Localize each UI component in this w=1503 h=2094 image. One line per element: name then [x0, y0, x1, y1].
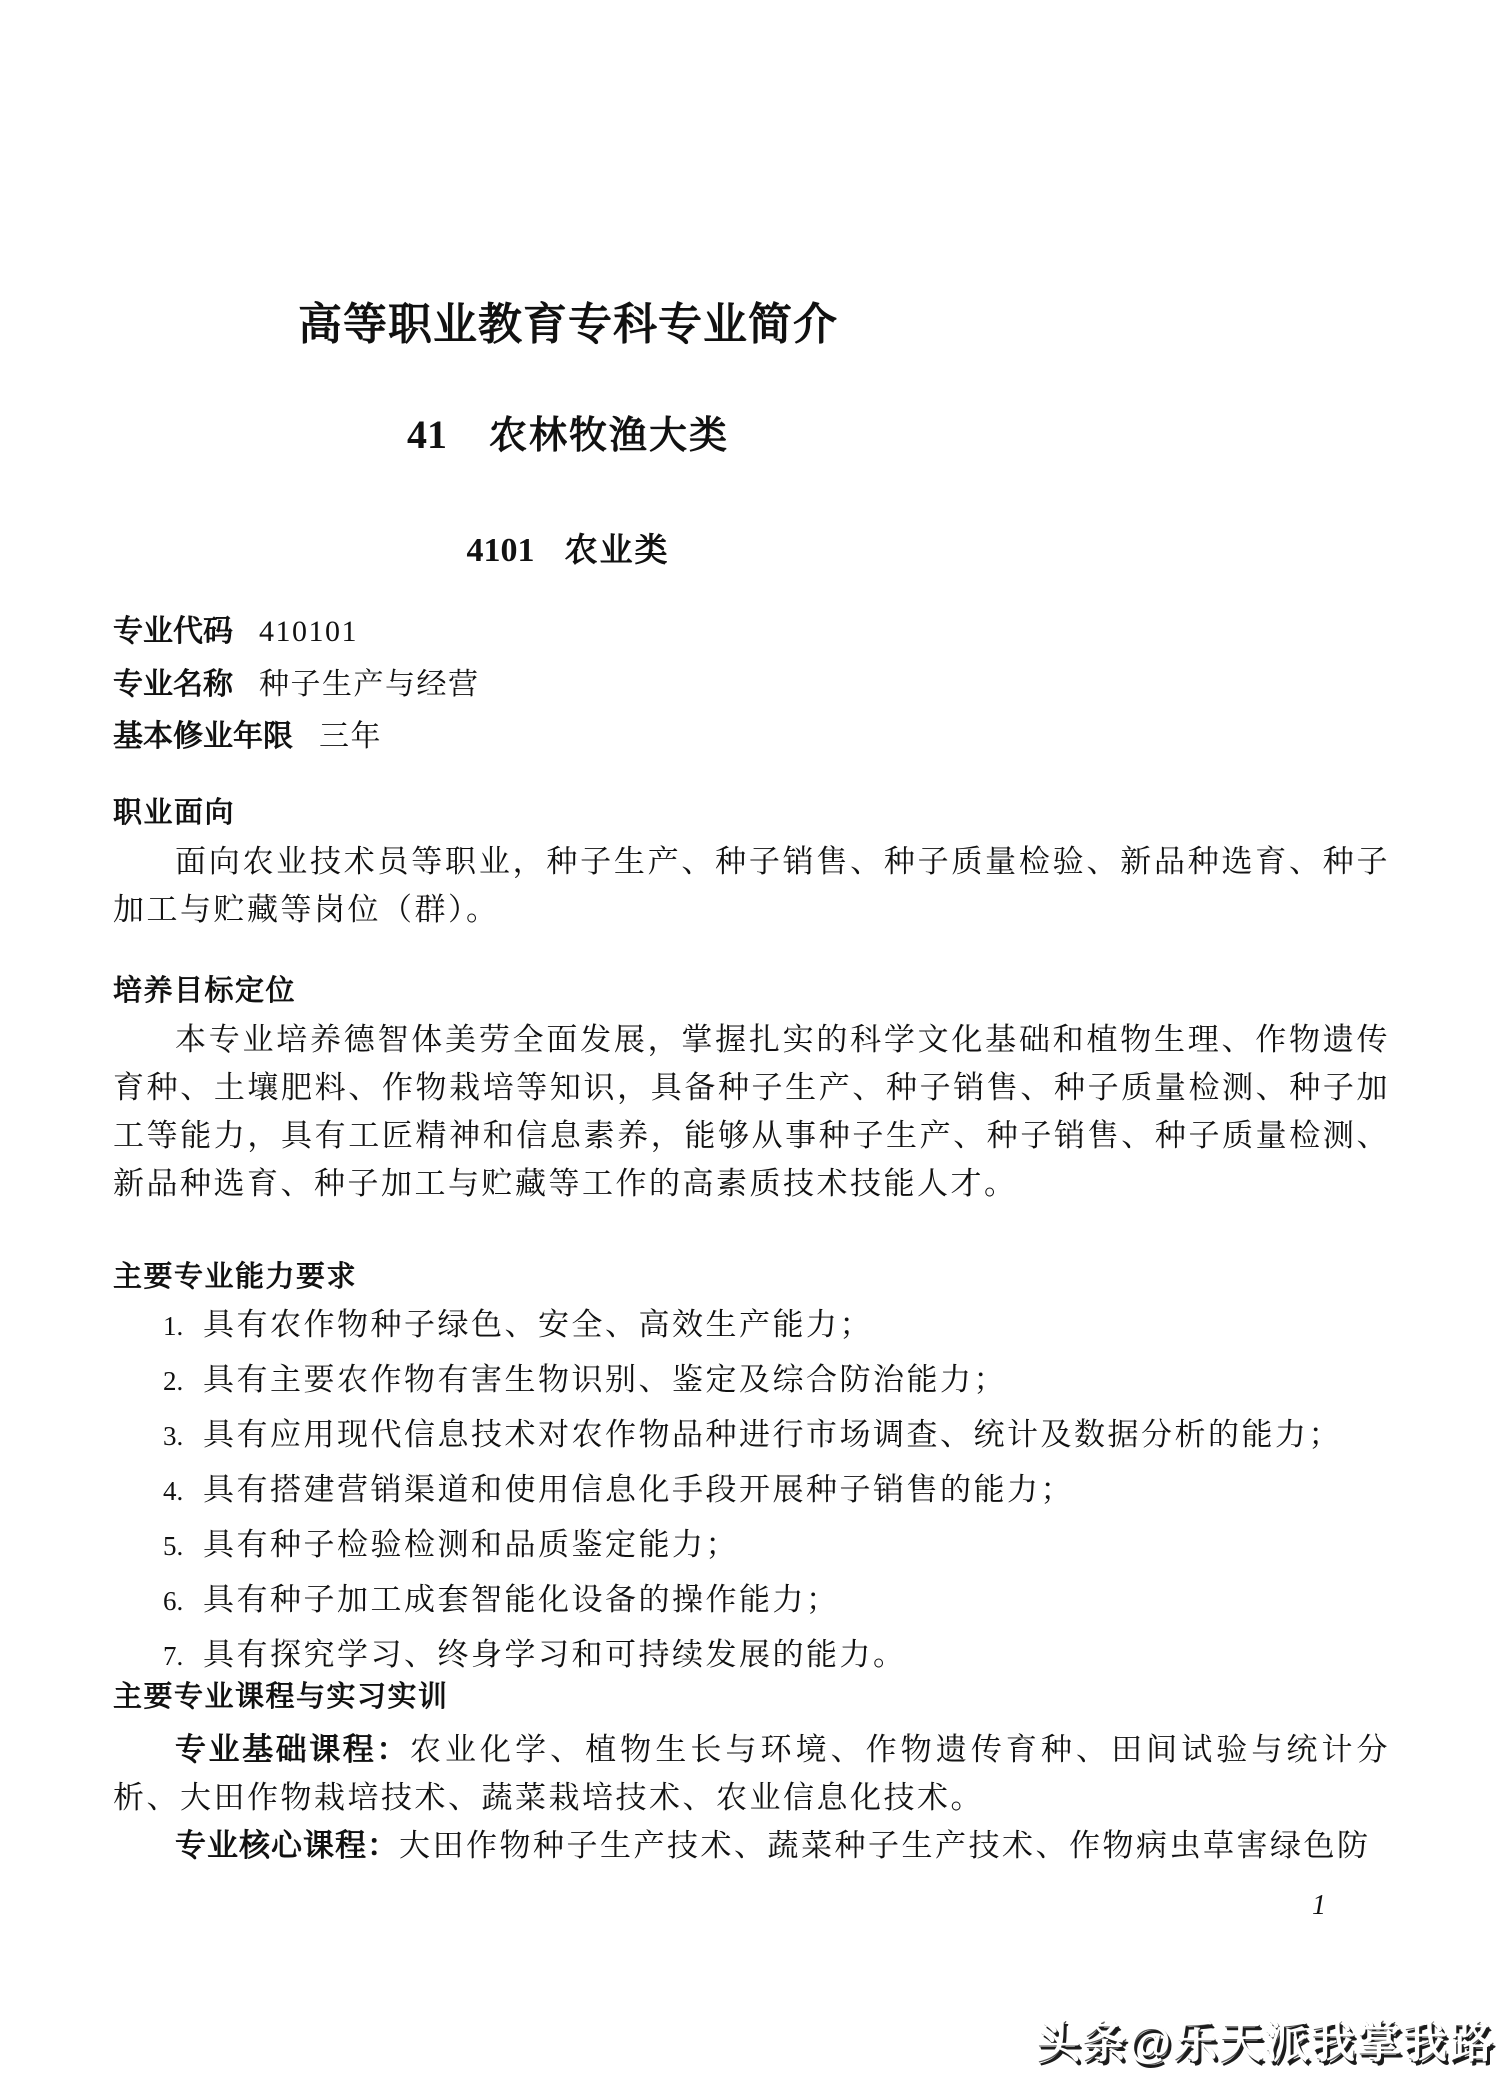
category-name: 农林牧渔大类: [489, 415, 729, 457]
course-core-paragraph: 专业核心课程：大田作物种子生产技术、蔬菜种子生产技术、作物病虫草害绿色防: [113, 1822, 1390, 1870]
course-core-text: 大田作物种子生产技术、蔬菜种子生产技术、作物病虫草害绿色防: [399, 1828, 1371, 1863]
section-heading-courses: 主要专业课程与实习实训: [113, 1674, 449, 1715]
meta-label: 基本修业年限: [113, 720, 293, 753]
meta-label: 专业代码: [113, 615, 233, 648]
list-item-text: 具有主要农作物有害生物识别、鉴定及综合防治能力；: [203, 1362, 1007, 1397]
course-basic-label: 专业基础课程：: [175, 1732, 410, 1767]
list-item: 1.具有农作物种子绿色、安全、高效生产能力；: [113, 1300, 1390, 1355]
list-item: 3.具有应用现代信息技术对农作物品种进行市场调查、统计及数据分析的能力；: [113, 1410, 1390, 1465]
category-code: 41: [407, 412, 447, 457]
meta-value: 410101: [259, 615, 358, 648]
list-item-number: 1.: [163, 1302, 203, 1351]
section-body-career: 面向农业技术员等职业，种子生产、种子销售、种子质量检验、新品种选育、种子加工与贮…: [113, 838, 1390, 934]
meta-label: 专业名称: [113, 668, 233, 701]
section-heading-goal: 培养目标定位: [113, 968, 296, 1009]
page-number: 1: [1312, 1890, 1326, 1922]
list-item: 2.具有主要农作物有害生物识别、鉴定及综合防治能力；: [113, 1355, 1390, 1410]
list-item: 5.具有种子检验检测和品质鉴定能力；: [113, 1520, 1390, 1575]
list-item-text: 具有种子检验检测和品质鉴定能力；: [203, 1527, 739, 1562]
course-basic-paragraph: 专业基础课程：农业化学、植物生长与环境、作物遗传育种、田间试验与统计分析、大田作…: [113, 1726, 1390, 1822]
list-item-text: 具有应用现代信息技术对农作物品种进行市场调查、统计及数据分析的能力；: [203, 1417, 1342, 1452]
list-item-number: 5.: [163, 1522, 203, 1571]
section-heading-career: 职业面向: [113, 790, 235, 831]
meta-value: 三年: [319, 720, 382, 753]
list-item: 4.具有搭建营销渠道和使用信息化手段开展种子销售的能力；: [113, 1465, 1390, 1520]
list-item-number: 4.: [163, 1467, 203, 1516]
list-item-number: 3.: [163, 1412, 203, 1461]
list-item-text: 具有种子加工成套智能化设备的操作能力；: [203, 1582, 840, 1617]
meta-value: 种子生产与经营: [259, 668, 480, 701]
ability-list: 1.具有农作物种子绿色、安全、高效生产能力； 2.具有主要农作物有害生物识别、鉴…: [113, 1300, 1390, 1685]
section-heading-abilities: 主要专业能力要求: [113, 1254, 357, 1295]
list-item-number: 6.: [163, 1577, 203, 1626]
list-item: 6.具有种子加工成套智能化设备的操作能力；: [113, 1575, 1390, 1630]
meta-row-code: 专业代码410101: [113, 608, 1390, 661]
meta-row-duration: 基本修业年限三年: [113, 713, 1390, 766]
document-page: 高等职业教育专科专业简介 41农林牧渔大类 4101农业类 专业代码410101…: [0, 0, 1503, 2094]
category-heading: 41农林牧渔大类: [113, 404, 1023, 459]
meta-row-name: 专业名称种子生产与经营: [113, 661, 1390, 714]
subcategory-heading: 4101农业类: [113, 524, 1023, 571]
list-item-text: 具有探究学习、终身学习和可持续发展的能力。: [203, 1637, 907, 1672]
list-item-text: 具有农作物种子绿色、安全、高效生产能力；: [203, 1307, 873, 1342]
list-item-text: 具有搭建营销渠道和使用信息化手段开展种子销售的能力；: [203, 1472, 1074, 1507]
document-title: 高等职业教育专科专业简介: [113, 288, 1023, 352]
major-meta: 专业代码410101 专业名称种子生产与经营 基本修业年限三年: [113, 608, 1390, 766]
course-core-label: 专业核心课程：: [175, 1828, 399, 1863]
watermark: 头条@乐天派我掌我路: [1036, 2006, 1495, 2070]
section-body-goal: 本专业培养德智体美劳全面发展，掌握扎实的科学文化基础和植物生理、作物遗传育种、土…: [113, 1016, 1390, 1208]
subcategory-name: 农业类: [565, 531, 670, 568]
subcategory-code: 4101: [467, 532, 535, 569]
list-item-number: 2.: [163, 1357, 203, 1406]
